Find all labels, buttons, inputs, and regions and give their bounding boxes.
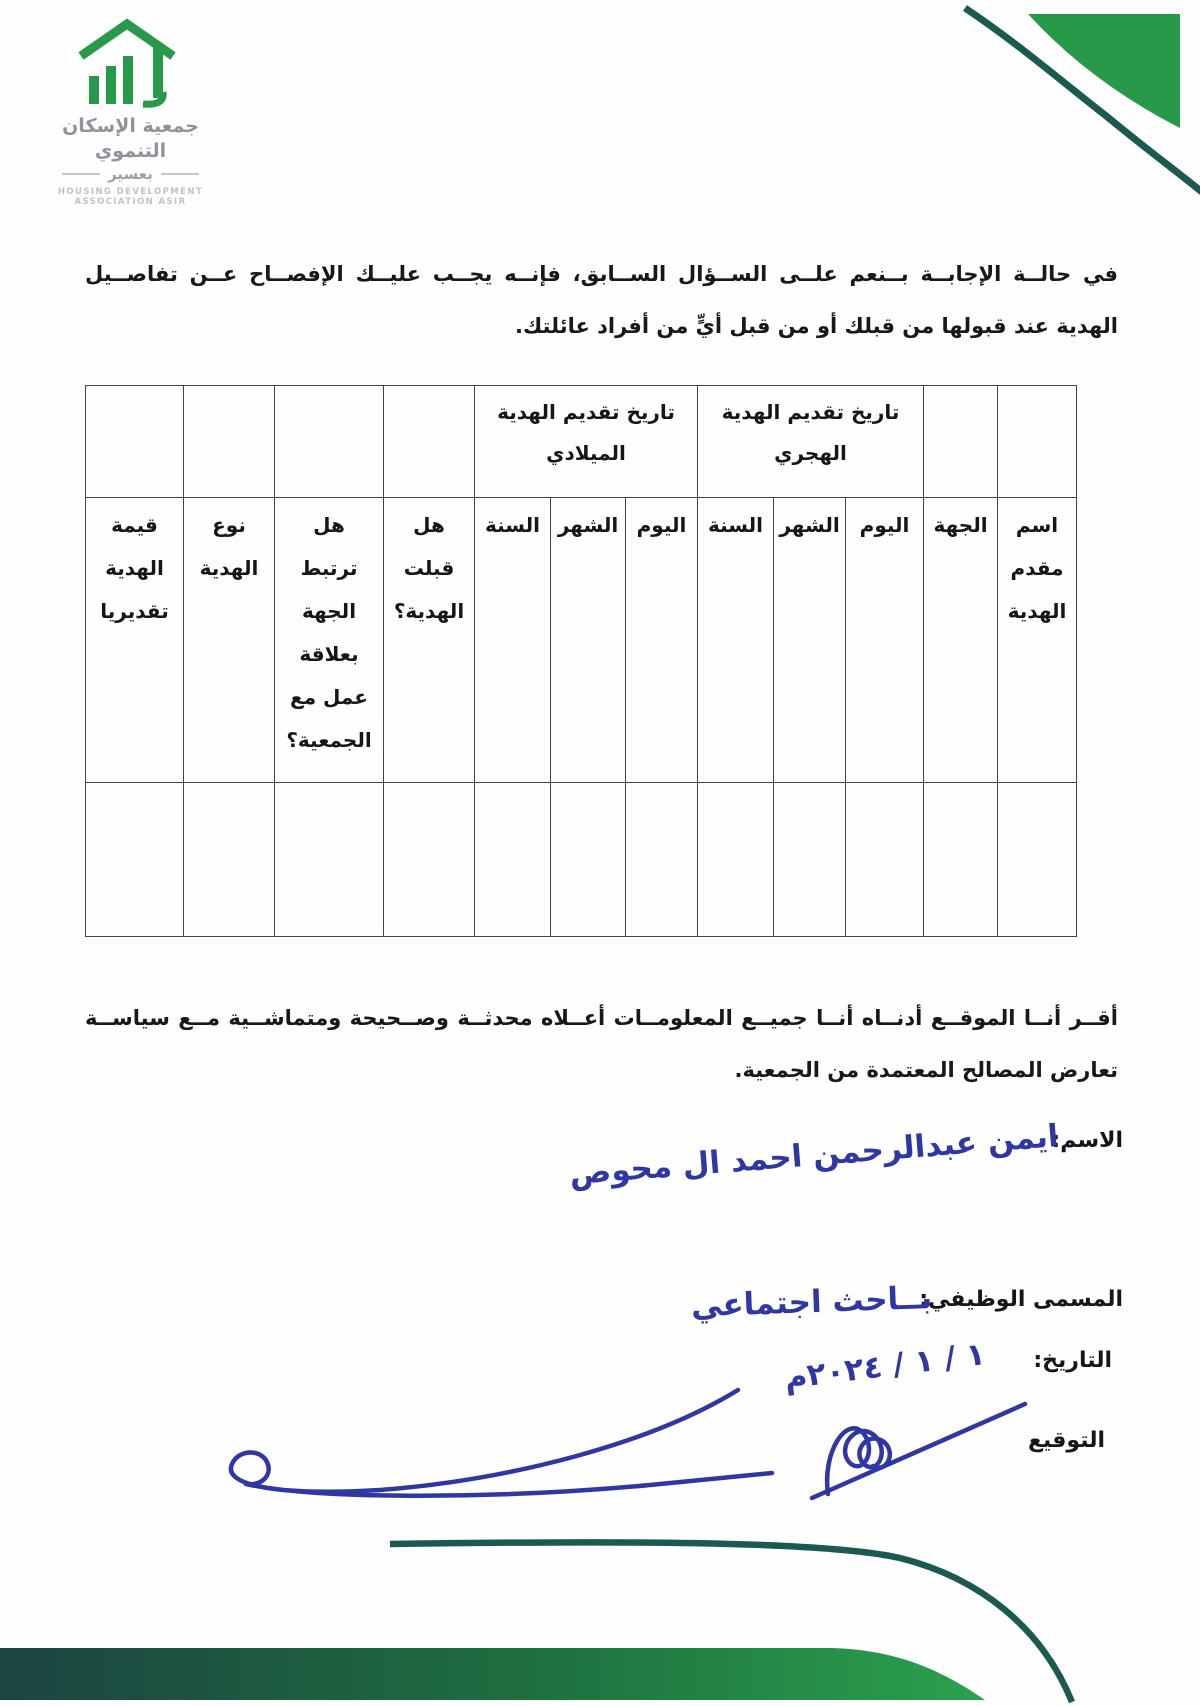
data-cell-greg-year [475, 783, 551, 937]
housing-logo-icon [75, 16, 185, 108]
col-header-hijri-year: السنة [698, 498, 774, 783]
job-title-label: المسمى الوظيفي: [919, 1287, 1123, 1312]
bottom-decoration [0, 1536, 1200, 1706]
intro-paragraph: في حالــة الإجابــة بــنعم علــى الســؤا… [85, 248, 1118, 352]
signature-strokes [231, 1390, 1025, 1498]
data-cell-accepted [384, 783, 475, 937]
col-header-entity-relation: هل ترتبط الجهة بعلاقة عمل مع الجمعية؟ [275, 498, 384, 783]
col-header-accepted: هل قبلت الهدية؟ [384, 498, 475, 783]
data-cell-entity-relation [275, 783, 384, 937]
declaration-line-1: أقــر أنــا الموقــع أدنــاه أنــا جميــ… [85, 992, 1118, 1044]
name-label: الاسم: [1051, 1128, 1123, 1153]
col-header-greg-month: الشهر [551, 498, 626, 783]
org-branch: بعسير [28, 165, 233, 183]
col-header-hijri-day: اليوم [846, 498, 924, 783]
empty-cell-above-entity [924, 386, 998, 498]
empty-cell-above-entity-relation [275, 386, 384, 498]
col-header-giver-name: اسم مقدم الهدية [998, 498, 1077, 783]
table-empty-data-row [86, 783, 1077, 937]
table-group-header-row: تاريخ تقديم الهدية الهجري تاريخ تقديم ال… [86, 386, 1077, 498]
handwritten-name-value: ايمن عبدالرحمن احمد ال محوص [568, 1118, 1060, 1192]
data-cell-hijri-year [698, 783, 774, 937]
logo-bar-4 [153, 46, 163, 98]
handwritten-job-value: بــاحث اجتماعي [691, 1280, 933, 1324]
col-header-gift-value: قيمة الهدية تقديريا [86, 498, 184, 783]
col-header-gift-type: نوع الهدية [184, 498, 275, 783]
logo-bar-3 [123, 56, 133, 104]
intro-line-2: الهدية عند قبولها من قبلك أو من قبل أيٍّ… [85, 300, 1118, 352]
col-header-entity: الجهة [924, 498, 998, 783]
group-header-gregorian-date: تاريخ تقديم الهدية الميلادي [475, 386, 698, 498]
org-name-english: HOUSING DEVELOPMENT ASSOCIATION ASIR [28, 187, 233, 207]
empty-cell-above-giver-name [998, 386, 1077, 498]
empty-cell-above-gift-type [184, 386, 275, 498]
data-cell-gift-value [86, 783, 184, 937]
gift-disclosure-table: تاريخ تقديم الهدية الهجري تاريخ تقديم ال… [85, 385, 1077, 937]
declaration-paragraph: أقــر أنــا الموقــع أدنــاه أنــا جميــ… [85, 992, 1118, 1096]
empty-cell-above-gift-value [86, 386, 184, 498]
declaration-line-2: تعارض المصالح المعتمدة من الجمعية. [85, 1044, 1118, 1096]
logo-bar-2 [106, 66, 116, 104]
org-name-arabic: جمعية الإسكان التنموي [28, 114, 233, 163]
branch-dash-right [62, 173, 100, 175]
org-logo: جمعية الإسكان التنموي بعسير HOUSING DEVE… [28, 10, 233, 207]
date-label: التاريخ: [1033, 1348, 1112, 1373]
signature-sweep-stroke [231, 1390, 772, 1496]
scanned-form-page: جمعية الإسكان التنموي بعسير HOUSING DEVE… [0, 0, 1200, 1706]
empty-cell-above-accepted [384, 386, 475, 498]
table-column-header-row: اسم مقدم الهدية الجهة اليوم الشهر السنة … [86, 498, 1077, 783]
corner-decoration [940, 0, 1200, 220]
col-header-greg-year: السنة [475, 498, 551, 783]
data-cell-greg-day [626, 783, 698, 937]
intro-line-1: في حالــة الإجابــة بــنعم علــى الســؤا… [85, 248, 1118, 300]
col-header-greg-day: اليوم [626, 498, 698, 783]
green-bottom-band [0, 1648, 985, 1700]
data-cell-hijri-day [846, 783, 924, 937]
data-cell-entity [924, 783, 998, 937]
signature-loops-stroke [827, 1428, 890, 1494]
data-cell-giver-name [998, 783, 1077, 937]
data-cell-greg-month [551, 783, 626, 937]
handwritten-signature [180, 1372, 1050, 1542]
col-header-hijri-month: الشهر [774, 498, 846, 783]
data-cell-hijri-month [774, 783, 846, 937]
data-cell-gift-type [184, 783, 275, 937]
group-header-hijri-date: تاريخ تقديم الهدية الهجري [698, 386, 924, 498]
logo-bar-1 [89, 76, 99, 104]
org-branch-arabic: بعسير [108, 165, 153, 183]
branch-dash-left [161, 173, 199, 175]
